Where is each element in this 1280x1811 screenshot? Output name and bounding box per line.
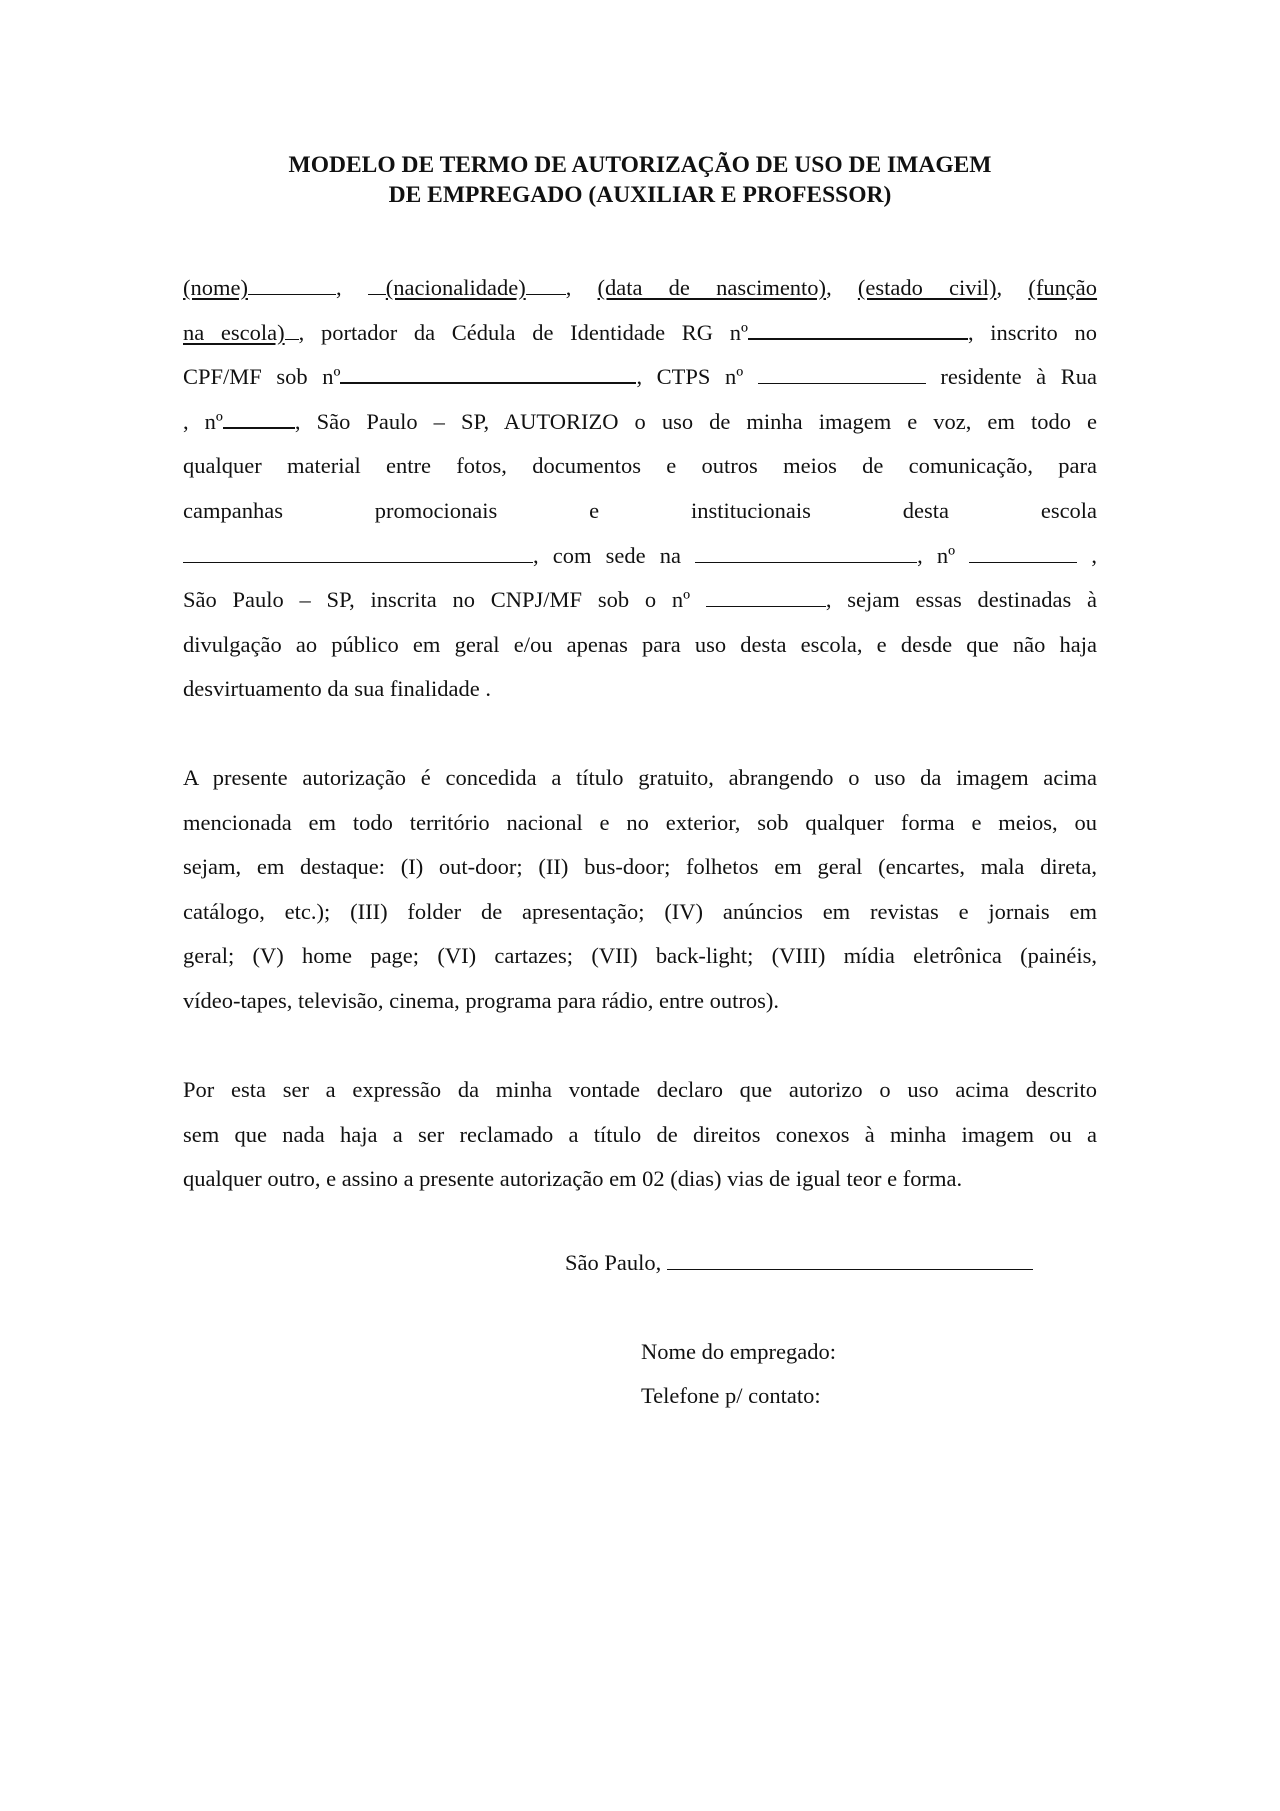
p3-line-1: Por esta ser a expressão da minha vontad… bbox=[183, 1068, 1097, 1113]
ctps-blank[interactable] bbox=[758, 382, 926, 384]
house-number-blank[interactable] bbox=[223, 426, 295, 429]
field-estado-civil[interactable]: (estado civil) bbox=[858, 275, 997, 300]
field-nacionalidade[interactable]: (nacionalidade) bbox=[368, 275, 566, 300]
employee-name-label: Nome do empregado: bbox=[641, 1337, 836, 1367]
p2-line-3: sejam, em destaque: (I) out-door; (II) b… bbox=[183, 845, 1097, 890]
title-line-1: MODELO DE TERMO DE AUTORIZAÇÃO DE USO DE… bbox=[183, 150, 1097, 180]
p2-line-5: geral; (V) home page; (VI) cartazes; (VI… bbox=[183, 934, 1097, 979]
phone-label: Telefone p/ contato: bbox=[641, 1381, 821, 1411]
p1-line-1: (nome), (nacionalidade), (data de nascim… bbox=[183, 266, 1097, 311]
signature-date-line: São Paulo, bbox=[565, 1248, 1033, 1278]
paragraph-declaration: Por esta ser a expressão da minha vontad… bbox=[183, 1068, 1097, 1202]
p1-line-4: , nº, São Paulo – SP, AUTORIZO o uso de … bbox=[183, 400, 1097, 445]
field-nome[interactable]: (nome) bbox=[183, 275, 336, 300]
cnpj-blank[interactable] bbox=[706, 605, 826, 607]
document-page: MODELO DE TERMO DE AUTORIZAÇÃO DE USO DE… bbox=[0, 0, 1280, 1811]
paragraph-scope: A presente autorização é concedida a tít… bbox=[183, 756, 1097, 1024]
document-title: MODELO DE TERMO DE AUTORIZAÇÃO DE USO DE… bbox=[183, 150, 1097, 210]
p2-line-4: catálogo, etc.); (III) folder de apresen… bbox=[183, 890, 1097, 935]
p1-line-5: qualquer material entre fotos, documento… bbox=[183, 444, 1097, 489]
p1-line-9: divulgação ao público em geral e/ou apen… bbox=[183, 623, 1097, 668]
p1-line-10: desvirtuamento da sua finalidade . bbox=[183, 667, 1097, 712]
date-label: São Paulo, bbox=[565, 1250, 661, 1275]
p1-line-8: São Paulo – SP, inscrita no CNPJ/MF sob … bbox=[183, 578, 1097, 623]
p3-line-2: sem que nada haja a ser reclamado a títu… bbox=[183, 1113, 1097, 1158]
p1-line-2: na escola), portador da Cédula de Identi… bbox=[183, 311, 1097, 356]
p1-line-7: , com sede na , nº , bbox=[183, 534, 1097, 579]
cpf-blank[interactable] bbox=[340, 381, 636, 384]
date-blank[interactable] bbox=[667, 1268, 1033, 1270]
rg-blank[interactable] bbox=[748, 337, 968, 340]
paragraph-identification: (nome), (nacionalidade), (data de nascim… bbox=[183, 266, 1097, 712]
p1-line-3: CPF/MF sob nº, CTPS nº residente à Rua bbox=[183, 355, 1097, 400]
p2-line-2: mencionada em todo território nacional e… bbox=[183, 801, 1097, 846]
school-address-blank[interactable] bbox=[695, 561, 917, 563]
school-number-blank[interactable] bbox=[969, 561, 1077, 563]
school-name-blank[interactable] bbox=[183, 561, 533, 563]
field-funcao-part-2[interactable]: na escola) bbox=[183, 320, 299, 345]
p2-line-6: vídeo-tapes, televisão, cinema, programa… bbox=[183, 979, 1097, 1024]
p1-line-6: campanhas promocionais e institucionais … bbox=[183, 489, 1097, 534]
field-data-nascimento[interactable]: (data de nascimento) bbox=[598, 275, 827, 300]
p2-line-1: A presente autorização é concedida a tít… bbox=[183, 756, 1097, 801]
field-funcao-part-1[interactable]: (função bbox=[1028, 275, 1097, 300]
title-line-2: DE EMPREGADO (AUXILIAR E PROFESSOR) bbox=[183, 180, 1097, 210]
p3-line-3: qualquer outro, e assino a presente auto… bbox=[183, 1157, 1097, 1202]
